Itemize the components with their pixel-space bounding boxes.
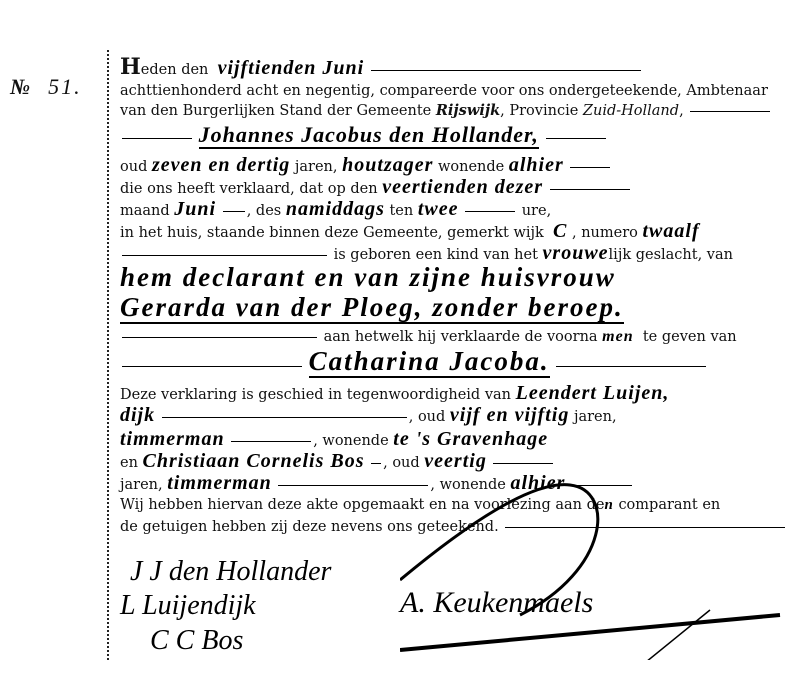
fill-rule <box>550 189 630 190</box>
line-11: Gerarda van der Ploeg, zonder beroep. <box>120 296 790 324</box>
hand-parents: hem declarant en van zijne huisvrouw <box>120 262 616 292</box>
hand-witness-1-job: timmerman <box>120 428 225 450</box>
fill-rule <box>371 70 641 71</box>
hand-occupation: houtzager <box>342 154 433 176</box>
margin-dotted-line <box>107 50 109 660</box>
number-value: 51. <box>48 74 82 99</box>
print-text: en <box>120 455 138 471</box>
hand-month: Juni <box>174 198 216 220</box>
print-text: , wonende <box>313 433 388 449</box>
line-10: hem declarant en van zijne huisvrouw <box>120 266 790 294</box>
line-7: maand Juni , des namiddags ten twee ure, <box>120 198 790 220</box>
print-text: , des <box>247 203 282 219</box>
line-5: oud zeven en dertig jaren, houtzager won… <box>120 154 790 176</box>
print-text: oud <box>120 159 147 175</box>
print-text: is geboren een kind van het <box>334 247 538 263</box>
hand-date: vijftienden Juni <box>218 57 365 79</box>
hand-time-of-day: namiddags <box>286 198 385 220</box>
print-text: lijk geslacht, van <box>609 247 733 263</box>
print-text: ten <box>389 203 413 219</box>
print-text: van den Burgerlijken Stand der Gemeente <box>120 103 431 119</box>
line-15: dijk , oud vijf en vijftig jaren, <box>120 404 790 426</box>
hand-witness-1-cont: dijk <box>120 404 155 426</box>
line-3: van den Burgerlijken Stand der Gemeente … <box>120 100 790 122</box>
fill-rule <box>546 138 606 139</box>
fill-rule <box>122 255 327 256</box>
hand-witness-2-job: timmerman <box>167 472 272 494</box>
record-number: №51. <box>10 74 82 100</box>
civil-birth-record: №51. Heden den vijftienden Juni achttien… <box>0 0 800 700</box>
print-text: maand <box>120 203 170 219</box>
line-13: Catharina Jacoba. <box>120 350 790 378</box>
hand-wijk: C <box>553 220 567 242</box>
hand-mother: Gerarda van der Ploeg, zonder beroep. <box>120 292 624 324</box>
print-text: , numero <box>572 225 638 241</box>
fill-rule <box>122 138 192 139</box>
number-prefix: № <box>10 74 32 99</box>
hand-hour: twee <box>418 198 459 220</box>
line-14: Deze verklaring is geschied in tegenwoor… <box>120 382 790 404</box>
fill-rule <box>223 211 245 212</box>
hand-names-suffix: men <box>602 328 633 345</box>
hand-witness-2: Christiaan Cornelis Bos <box>143 450 365 472</box>
print-text: , oud <box>409 409 446 425</box>
line-8: in het huis, staande binnen deze Gemeent… <box>120 220 790 242</box>
line-12: aan hetwelk hij verklaarde de voorna men… <box>120 326 790 348</box>
print-text: Deze verklaring is geschied in tegenwoor… <box>120 387 511 403</box>
hand-residence: alhier <box>509 154 564 176</box>
municipality: Rijswijk <box>436 102 500 119</box>
print-text: te geven van <box>643 329 737 345</box>
hand-child-name: Catharina Jacoba. <box>309 346 550 378</box>
line-2: achttienhonderd acht en negentig, compar… <box>120 80 790 102</box>
signature-declarant: J J den Hollander <box>130 556 331 588</box>
line-4: Johannes Jacobus den Hollander, <box>120 124 790 146</box>
fill-rule <box>371 463 381 464</box>
fill-rule <box>231 441 311 442</box>
hand-birth-day: veertienden dezer <box>382 176 543 198</box>
fill-rule <box>122 366 302 367</box>
signature-witness-1: L Luijendijk <box>120 590 256 622</box>
hand-house-number: twaalf <box>643 220 700 242</box>
print-text: in het huis, staande binnen deze Gemeent… <box>120 225 544 241</box>
province: Zuid-Holland <box>583 103 679 119</box>
print-text: aan hetwelk hij verklaarde de voorna <box>324 329 598 345</box>
line-9: is geboren een kind van het vrouwelijk g… <box>120 242 790 264</box>
print-text: jaren, <box>120 477 163 493</box>
print-text: eden den <box>141 62 209 78</box>
fill-rule <box>570 167 610 168</box>
print-text: jaren, <box>295 159 338 175</box>
print-text: die ons heeft verklaard, dat op den <box>120 181 378 197</box>
heading-initial: H <box>120 54 141 80</box>
fill-rule <box>556 366 706 367</box>
line-1: Heden den vijftienden Juni <box>120 56 790 78</box>
print-text: achttienhonderd acht en negentig, compar… <box>120 83 768 99</box>
hand-witness-1: Leendert Luijen, <box>516 382 670 404</box>
signature-witness-2: C C Bos <box>150 625 243 657</box>
signature-flourish <box>400 440 800 660</box>
fill-rule <box>690 111 770 112</box>
fill-rule <box>162 417 407 418</box>
hand-sex: vrouwe <box>543 242 609 264</box>
fill-rule <box>465 211 515 212</box>
print-text: wonende <box>438 159 504 175</box>
print-text: jaren, <box>574 409 617 425</box>
hand-witness-1-age: vijf en vijftig <box>450 404 569 426</box>
print-text: ure, <box>522 203 551 219</box>
hand-age: zeven en dertig <box>152 154 290 176</box>
line-6: die ons heeft verklaard, dat op den veer… <box>120 176 790 198</box>
fill-rule <box>122 337 317 338</box>
print-text: , Provincie <box>500 103 578 119</box>
hand-declarant-name: Johannes Jacobus den Hollander, <box>199 122 539 149</box>
